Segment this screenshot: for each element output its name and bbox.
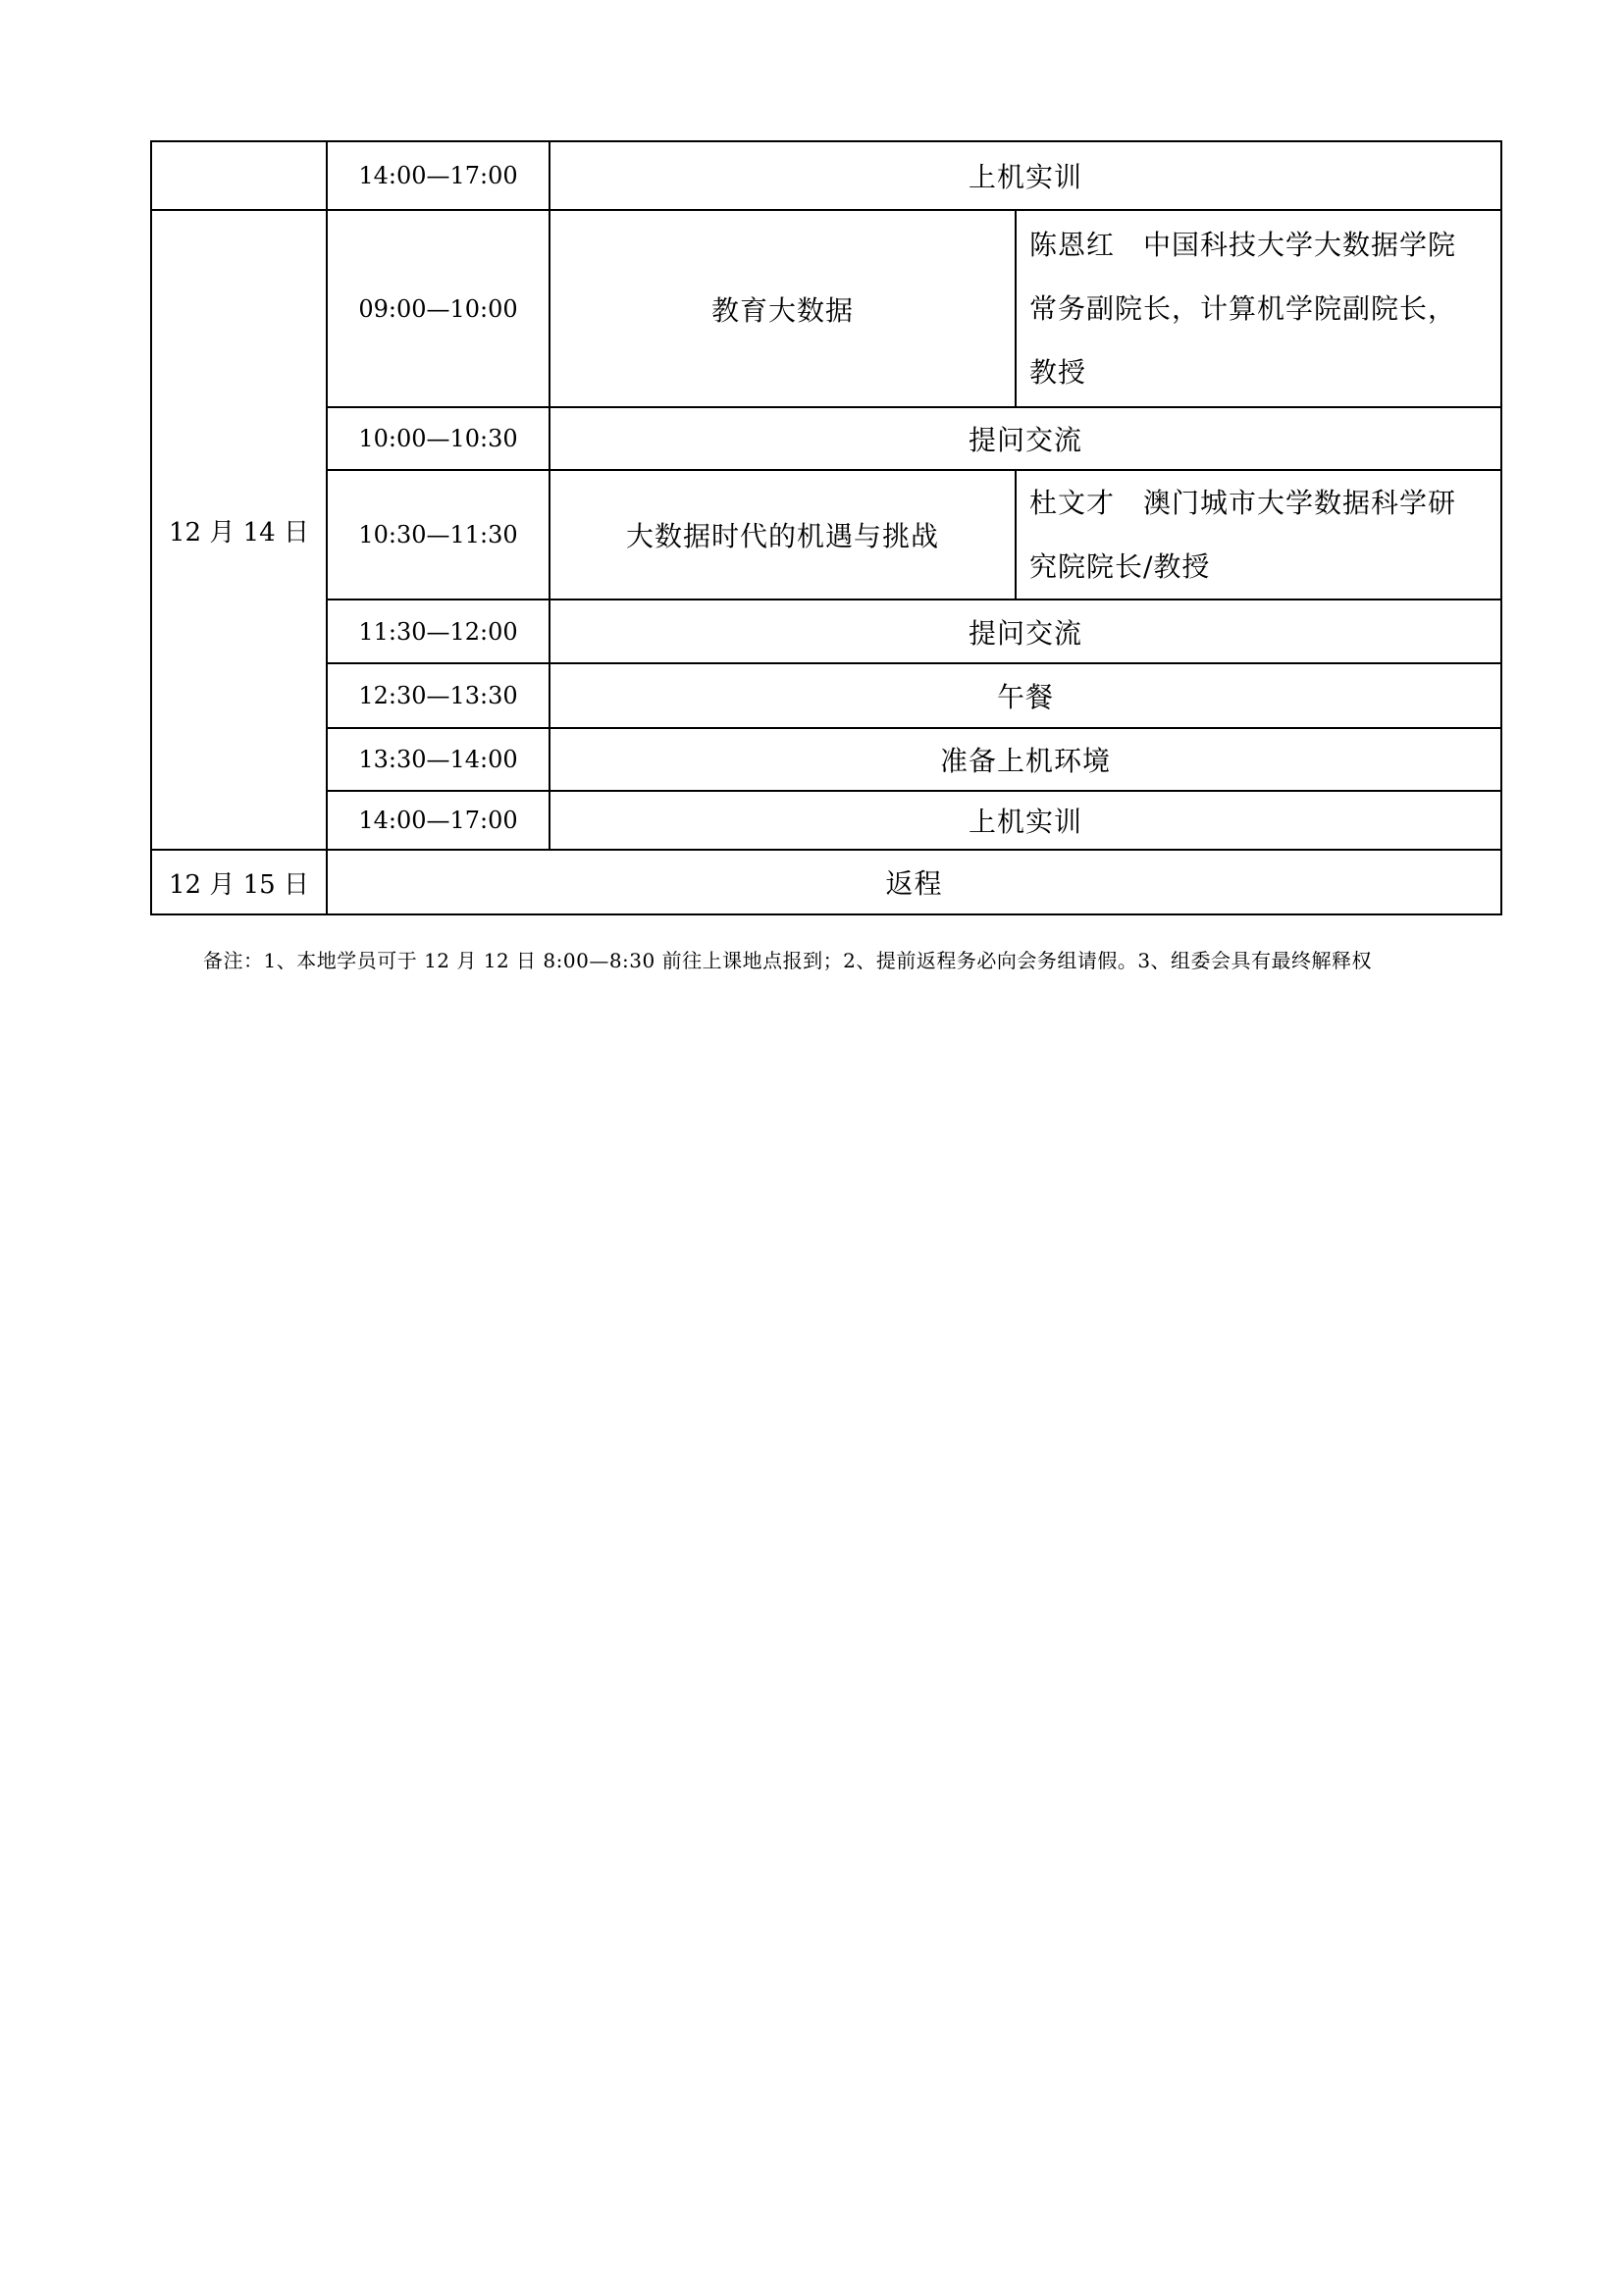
table-row: 14:00—17:00 上机实训 <box>151 791 1501 850</box>
time-cell: 14:00—17:00 <box>327 791 550 850</box>
table-row: 14:00—17:00 上机实训 <box>151 141 1501 210</box>
speaker-line: 陈恩红 中国科技大学大数据学院 <box>1029 213 1496 277</box>
speaker-line: 教授 <box>1029 340 1496 404</box>
time-cell: 09:00—10:00 <box>327 210 550 407</box>
date-cell-dec15: 12 月 15 日 <box>151 850 327 914</box>
time-cell: 13:30—14:00 <box>327 728 550 791</box>
table-row: 12:30—13:30 午餐 <box>151 663 1501 728</box>
speaker-cell: 杜文才 澳门城市大学数据科学研 究院院长/教授 <box>1016 470 1501 600</box>
table-row: 12 月 14 日 09:00—10:00 教育大数据 陈恩红 中国科技大学大数… <box>151 210 1501 407</box>
activity-cell: 大数据时代的机遇与挑战 <box>550 470 1016 600</box>
activity-cell: 提问交流 <box>550 600 1501 663</box>
time-cell: 11:30—12:00 <box>327 600 550 663</box>
activity-cell: 上机实训 <box>550 791 1501 850</box>
table-row: 10:30—11:30 大数据时代的机遇与挑战 杜文才 澳门城市大学数据科学研 … <box>151 470 1501 600</box>
activity-cell: 准备上机环境 <box>550 728 1501 791</box>
footnote: 备注：1、本地学员可于 12 月 12 日 8:00—8:30 前往上课地点报到… <box>203 948 1372 973</box>
table-row: 11:30—12:00 提问交流 <box>151 600 1501 663</box>
table-row: 10:00—10:30 提问交流 <box>151 407 1501 470</box>
speaker-cell: 陈恩红 中国科技大学大数据学院 常务副院长，计算机学院副院长， 教授 <box>1016 210 1501 407</box>
time-cell: 12:30—13:30 <box>327 663 550 728</box>
activity-cell: 午餐 <box>550 663 1501 728</box>
activity-cell: 上机实训 <box>550 141 1501 210</box>
speaker-line: 究院院长/教授 <box>1029 535 1496 599</box>
time-cell: 14:00—17:00 <box>327 141 550 210</box>
table-row: 12 月 15 日 返程 <box>151 850 1501 914</box>
time-cell: 10:30—11:30 <box>327 470 550 600</box>
activity-cell: 提问交流 <box>550 407 1501 470</box>
time-cell: 10:00—10:30 <box>327 407 550 470</box>
document-page: 14:00—17:00 上机实训 12 月 14 日 09:00—10:00 教… <box>0 0 1624 2295</box>
activity-cell: 返程 <box>327 850 1501 914</box>
date-cell-empty <box>151 141 327 210</box>
date-cell-dec14: 12 月 14 日 <box>151 210 327 850</box>
speaker-line: 杜文才 澳门城市大学数据科学研 <box>1029 471 1496 535</box>
table-row: 13:30—14:00 准备上机环境 <box>151 728 1501 791</box>
schedule-table: 14:00—17:00 上机实训 12 月 14 日 09:00—10:00 教… <box>150 140 1502 915</box>
activity-cell: 教育大数据 <box>550 210 1016 407</box>
speaker-line: 常务副院长，计算机学院副院长， <box>1029 277 1496 340</box>
